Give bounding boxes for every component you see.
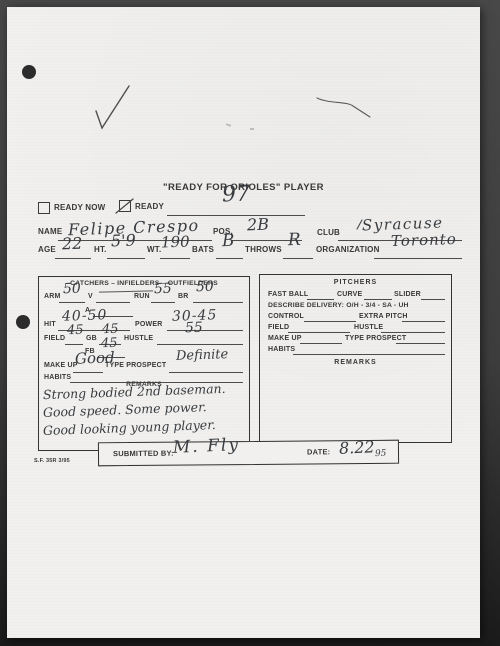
date-handwriting: 8.22 <box>339 439 375 457</box>
ready-label: READY <box>135 203 164 212</box>
position-players-box: CATCHERS – INFIELDERS – OUTFIELDERS ARM … <box>38 276 250 451</box>
submitted-by-signature: M. Fly <box>173 437 241 457</box>
club-label: CLUB <box>317 229 340 238</box>
scan-speck <box>250 128 254 130</box>
blank-line <box>65 344 83 345</box>
hole-punch-top <box>22 65 36 79</box>
blank-line <box>293 354 445 355</box>
blank-line <box>167 330 243 331</box>
blank-line <box>193 302 243 303</box>
blank-line <box>73 372 103 373</box>
field-label: FIELD <box>44 335 65 343</box>
gb-handwriting: 45 <box>102 323 119 337</box>
pitchers-box: PITCHERS FAST BALL CURVE SLIDER DESCRIBE… <box>259 274 452 443</box>
date-year-handwriting: 95 <box>375 450 387 459</box>
fastball-label: FAST BALL <box>268 291 308 299</box>
control-label: CONTROL <box>268 313 304 321</box>
blank-line <box>364 299 392 300</box>
power-label: POWER <box>135 321 162 329</box>
pitcher-type-prospect-label: TYPE PROSPECT <box>345 335 406 343</box>
blank-line <box>216 258 243 259</box>
weight-label: WT. <box>147 246 161 255</box>
run-label: RUN <box>134 293 150 301</box>
blank-line <box>157 344 243 345</box>
arm-handwriting: 50 <box>63 282 81 297</box>
hit-handwriting: 40-50 <box>62 308 108 324</box>
hit-label: HIT <box>44 321 56 329</box>
bats-handwriting: B <box>222 233 235 250</box>
scanned-document: "READY FOR ORIOLES" PLAYER READY NOW REA… <box>0 0 500 646</box>
type-prospect-handwriting: Definite <box>176 348 229 363</box>
ready-now-label: READY NOW <box>54 204 105 213</box>
ready-checkbox <box>119 200 131 212</box>
submitted-by-label: SUBMITTED BY: <box>113 450 174 459</box>
blank-line <box>374 258 462 259</box>
pitcher-field-label: FIELD <box>268 324 289 332</box>
pitcher-hustle-label: HUSTLE <box>354 324 383 332</box>
age-label: AGE <box>38 246 56 255</box>
ready-number-handwriting: 97 <box>222 184 251 207</box>
type-prospect-label: TYPE PROSPECT <box>105 362 166 370</box>
hustle-label: HUSTLE <box>124 335 153 343</box>
blank-line <box>381 332 445 333</box>
pos-handwriting: 2B <box>247 217 269 234</box>
blank-line <box>421 299 445 300</box>
v-label: V <box>88 293 93 301</box>
blank-line <box>59 302 85 303</box>
throws-label: THROWS <box>245 246 282 255</box>
pitcher-remarks-label: REMARKS <box>260 359 451 367</box>
height-label: HT. <box>94 246 107 255</box>
organization-handwriting: Toronto <box>391 232 457 249</box>
date-label: DATE: <box>307 448 330 456</box>
throws-handwriting: R <box>288 232 301 249</box>
blank-line <box>307 299 334 300</box>
remarks-line-3: Good looking young player. <box>43 419 216 438</box>
field-handwriting: 45 <box>67 324 84 338</box>
name-label: NAME <box>38 228 62 237</box>
blank-line <box>396 343 445 344</box>
extra-pitch-label: EXTRA PITCH <box>359 313 408 321</box>
blank-line <box>288 332 350 333</box>
blank-line <box>55 258 91 259</box>
organization-label: ORGANIZATION <box>316 246 380 255</box>
pitchers-box-header: PITCHERS <box>260 279 451 287</box>
form-code: S.F. 35R 3/95 <box>34 458 70 464</box>
run-handwriting: 55 <box>154 282 172 297</box>
blank-line <box>300 343 342 344</box>
blank-line <box>283 258 313 259</box>
blank-line <box>151 302 175 303</box>
br-handwriting: 50 <box>196 280 214 295</box>
remarks-line-2: Good speed. Some power. <box>43 401 207 419</box>
height-handwriting: 5'9 <box>111 233 136 250</box>
gb-label: GB <box>86 335 97 343</box>
hustle-handwriting: 55 <box>185 321 203 336</box>
ready-now-checkbox <box>38 202 50 214</box>
arm-label: ARM <box>44 293 61 301</box>
blank-line <box>96 302 130 303</box>
slider-label: SLIDER <box>394 291 421 299</box>
submitted-bar: SUBMITTED BY: M. Fly DATE: 8.22 95 <box>98 440 399 467</box>
blank-line <box>402 321 445 322</box>
pitcher-makeup-label: MAKE UP <box>268 335 302 343</box>
blank-line <box>304 321 356 322</box>
delivery-label: DESCRIBE DELIVERY: O/H - 3/4 - SA - UH <box>268 302 409 309</box>
blank-line <box>160 258 190 259</box>
blank-line <box>107 258 145 259</box>
age-handwriting: 22 <box>62 236 83 253</box>
bats-label: BATS <box>192 246 214 255</box>
br-label: BR <box>178 293 189 301</box>
weight-handwriting: 190 <box>161 235 190 251</box>
hole-punch-bottom <box>16 315 30 329</box>
curve-label: CURVE <box>337 291 362 299</box>
pitcher-habits-label: HABITS <box>268 346 295 354</box>
makeup-label: MAKE UP <box>44 362 78 370</box>
blank-line <box>169 372 243 373</box>
